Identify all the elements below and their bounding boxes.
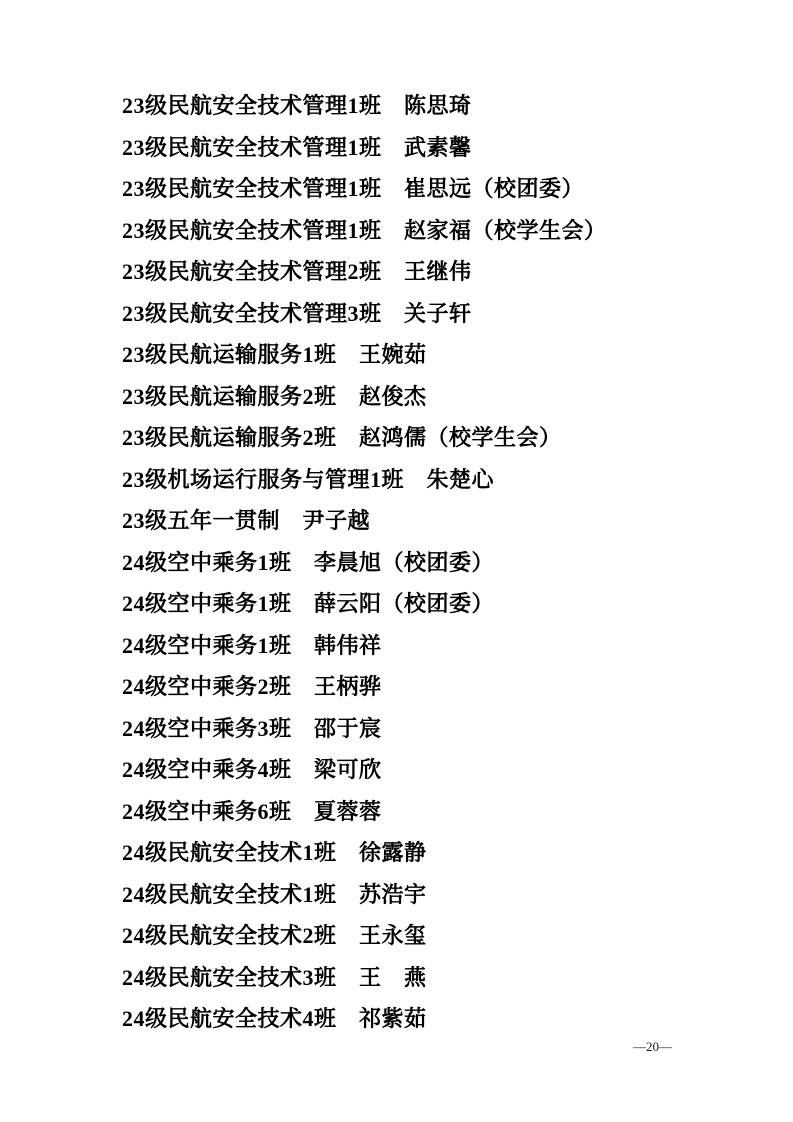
roster-line: 23级民航安全技术管理2班 王继伟 <box>122 251 733 293</box>
roster-line: 24级空中乘务2班 王柄骅 <box>122 666 733 708</box>
roster-line: 24级空中乘务3班 邵于宸 <box>122 708 733 750</box>
student-roster-list: 23级民航安全技术管理1班 陈思琦 23级民航安全技术管理1班 武素馨 23级民… <box>122 85 733 1040</box>
roster-line: 24级民航安全技术4班 祁紫茹 <box>122 998 733 1040</box>
document-page: 23级民航安全技术管理1班 陈思琦 23级民航安全技术管理1班 武素馨 23级民… <box>0 0 793 1122</box>
roster-line: 24级空中乘务1班 韩伟祥 <box>122 625 733 667</box>
roster-line: 24级民航安全技术3班 王 燕 <box>122 957 733 999</box>
roster-line: 24级民航安全技术1班 徐露静 <box>122 832 733 874</box>
roster-line: 23级民航运输服务2班 赵鸿儒（校学生会） <box>122 417 733 459</box>
roster-line: 23级民航安全技术管理1班 赵家福（校学生会） <box>122 210 733 252</box>
roster-line: 24级民航安全技术2班 王永玺 <box>122 915 733 957</box>
roster-line: 23级民航运输服务1班 王婉茹 <box>122 334 733 376</box>
roster-line: 24级空中乘务1班 薛云阳（校团委） <box>122 583 733 625</box>
roster-line: 23级机场运行服务与管理1班 朱楚心 <box>122 459 733 501</box>
roster-line: 23级五年一贯制 尹子越 <box>122 500 733 542</box>
roster-line: 24级民航安全技术1班 苏浩宇 <box>122 874 733 916</box>
roster-line: 23级民航运输服务2班 赵俊杰 <box>122 376 733 418</box>
roster-line: 23级民航安全技术管理1班 崔思远（校团委） <box>122 168 733 210</box>
page-number: —20— <box>633 1039 672 1055</box>
roster-line: 24级空中乘务1班 李晨旭（校团委） <box>122 542 733 584</box>
roster-line: 23级民航安全技术管理1班 陈思琦 <box>122 85 733 127</box>
roster-line: 24级空中乘务6班 夏蓉蓉 <box>122 791 733 833</box>
roster-line: 23级民航安全技术管理1班 武素馨 <box>122 127 733 169</box>
roster-line: 23级民航安全技术管理3班 关子轩 <box>122 293 733 335</box>
roster-line: 24级空中乘务4班 梁可欣 <box>122 749 733 791</box>
